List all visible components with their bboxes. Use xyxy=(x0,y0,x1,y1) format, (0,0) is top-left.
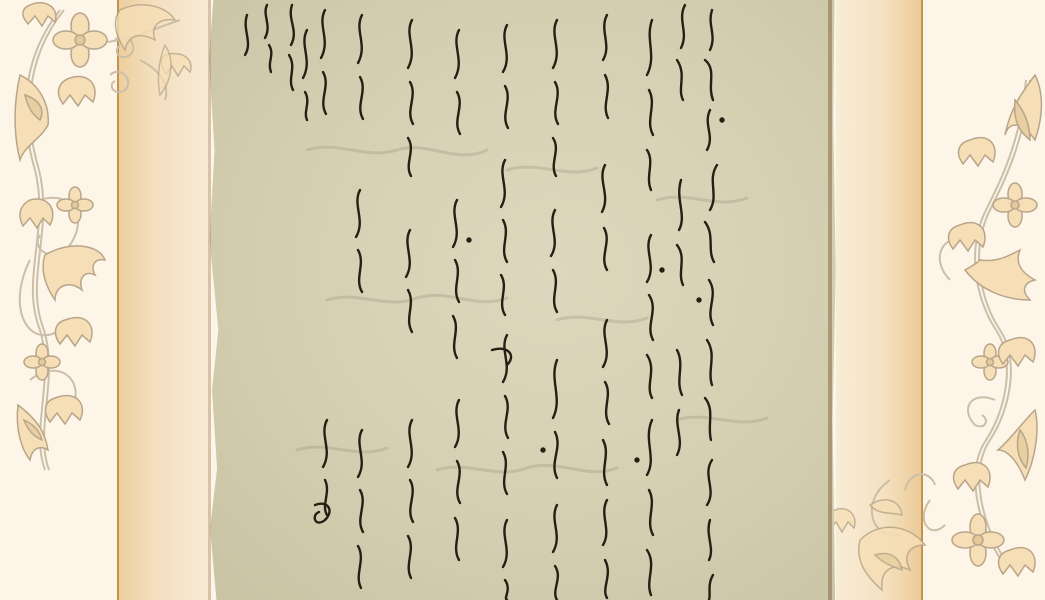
right-gold-rule xyxy=(921,0,923,600)
text-column-4 xyxy=(542,20,559,600)
text-column-3 xyxy=(602,15,609,598)
text-column-9 xyxy=(289,5,330,523)
right-gradient-strip xyxy=(836,0,921,600)
margin-annotation xyxy=(245,5,271,72)
right-ornament-panel xyxy=(923,0,1045,600)
left-gold-rule xyxy=(117,0,119,600)
text-column-2 xyxy=(636,20,664,595)
left-gradient-strip xyxy=(119,0,211,600)
text-column-1 xyxy=(698,10,724,600)
text-column-7 xyxy=(406,20,413,578)
left-ornament-panel xyxy=(0,0,117,600)
text-column-8 xyxy=(356,15,363,588)
text-column-6 xyxy=(453,30,471,560)
handwritten-persian-text xyxy=(207,0,837,600)
framed-manuscript-image xyxy=(0,0,1045,600)
text-column-5 xyxy=(492,25,511,600)
